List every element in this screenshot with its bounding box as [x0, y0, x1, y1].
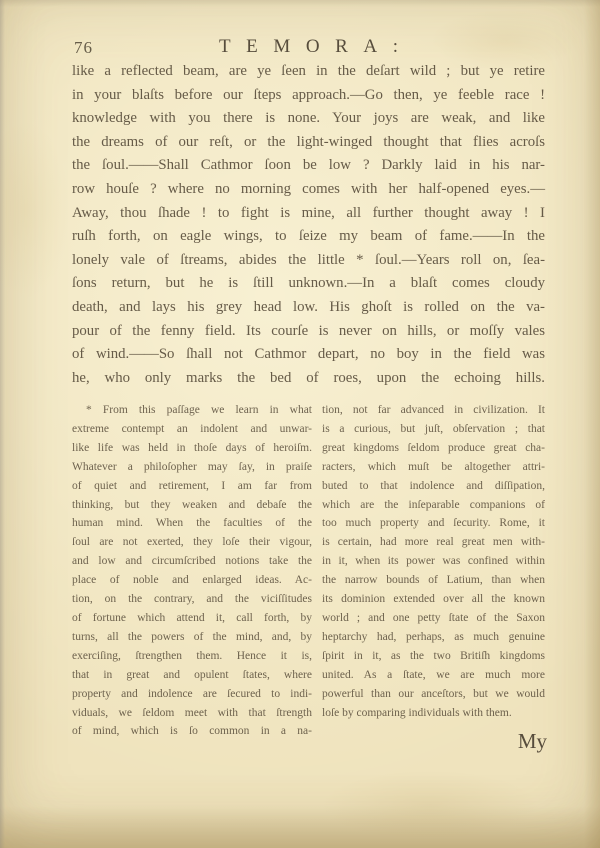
footnote-line: powerful than our anceſtors, but we woul… — [322, 685, 545, 704]
footnote-line: racters, which muſt be altogether attri- — [322, 458, 545, 477]
footnote-line: of fortune which attend it, call forth, … — [72, 609, 312, 628]
body-line: Away, thou ſhade ! to fight is mine, all… — [72, 202, 545, 226]
body-line: ruſh forth, on eagle wings, to ſeize my … — [72, 225, 545, 249]
footnote-line: buted to that indolence and diſſipation, — [322, 477, 545, 496]
body-line: the ſoul.——Shall Cathmor ſoon be low ? D… — [72, 154, 545, 178]
footnote-line: property and indolence are ſecured to in… — [72, 685, 312, 704]
book-page-scan: 76 TEMORA: like a reflected beam, are ye… — [0, 0, 600, 848]
paper-stain — [320, 770, 540, 840]
footnote-line: world ; and one petty ſtate of the Saxon — [322, 609, 545, 628]
footnote-line: and low and circumſcribed notions take t… — [72, 552, 312, 571]
body-line: the dreams of our reſt, or the light-win… — [72, 131, 545, 155]
footnote-line: place of noble and enlarged ideas. Ac- — [72, 571, 312, 590]
paper-stain — [0, 120, 70, 300]
footnote-line: which are the inſeparable companions of — [322, 496, 545, 515]
footnote-line: ſpirit in it, as the two Britiſh kingdom… — [322, 647, 545, 666]
footnote-line: extreme contempt an indolent and unwar- — [72, 420, 312, 439]
body-line: knowledge with you there is none. Your j… — [72, 107, 545, 131]
footnote-line: of mind, which is ſo common in a na- — [72, 722, 312, 741]
body-line: in your blaſts before our ſteps approach… — [72, 84, 545, 108]
footnote: * From this paſſage we learn in what ext… — [72, 401, 545, 741]
running-head: 76 TEMORA: — [72, 36, 545, 62]
footnote-line: turns, all the powers of the mind, and, … — [72, 628, 312, 647]
footnote-line: great kingdoms ſeldom produce great cha- — [322, 439, 545, 458]
body-line: he, who only marks the bed of roes, upon… — [72, 367, 545, 391]
footnote-line: human mind. When the faculties of the — [72, 514, 312, 533]
body-text: like a reflected beam, are ye ſeen in th… — [72, 60, 545, 390]
body-line: row houſe ? where no morning comes with … — [72, 178, 545, 202]
footnote-line: united. As a ſtate, we are much more — [322, 666, 545, 685]
page-title-text: TEMORA: — [219, 36, 414, 57]
footnote-left-column: * From this paſſage we learn in what ext… — [72, 401, 312, 741]
footnote-line: like life was held in thoſe days of hero… — [72, 439, 312, 458]
footnote-line: * From this paſſage we learn in what — [72, 401, 312, 420]
footnote-line: too much property and ſecurity. Rome, it — [322, 514, 545, 533]
footnote-line: in it, when its power was confined withi… — [322, 552, 545, 571]
footnote-line: ſoul are not exerted, they loſe their vi… — [72, 533, 312, 552]
body-line: like a reflected beam, are ye ſeen in th… — [72, 60, 545, 84]
footnote-line: that in great and opulent ſtates, where — [72, 666, 312, 685]
footnote-line: of quiet and retirement, I am far from — [72, 477, 312, 496]
footnote-line: tion, not far advanced in civilization. … — [322, 401, 545, 420]
footnote-line: its dominion extended over all the known — [322, 590, 545, 609]
body-line: pour of the fenny field. Its courſe is n… — [72, 320, 545, 344]
body-line: death, and lays his grey head low. His g… — [72, 296, 545, 320]
body-line: of wind.——So ſhall not Cathmor depart, n… — [72, 343, 545, 367]
body-line: lonely vale of ſtreams, abides the littl… — [72, 249, 545, 273]
footnote-line: tion, on the contrary, and the viciſſitu… — [72, 590, 312, 609]
footnote-line: is a curious, but juſt, obſervation ; th… — [322, 420, 545, 439]
footnote-line: exerciſing, ſtrengthen them. Hence it is… — [72, 647, 312, 666]
footnote-line: heptarchy had, perhaps, as much genuine — [322, 628, 545, 647]
footnote-line: Whatever a philoſopher may ſay, in praiſ… — [72, 458, 312, 477]
catchword: My — [518, 729, 547, 754]
footnote-line: thinking, but they weaken and debaſe the — [72, 496, 312, 515]
page-title: TEMORA: — [72, 36, 545, 58]
body-line: ſons return, but he is ſtill unknown.—In… — [72, 272, 545, 296]
footnote-line: viduals, we ſeldom meet with that ſtreng… — [72, 704, 312, 723]
footnote-right-column: tion, not far advanced in civilization. … — [322, 401, 545, 741]
footnote-line: the narrow bounds of Latium, than when — [322, 571, 545, 590]
footnote-line: is certain, had more real great men with… — [322, 533, 545, 552]
footnote-line: loſe by comparing individuals with them. — [322, 704, 545, 723]
